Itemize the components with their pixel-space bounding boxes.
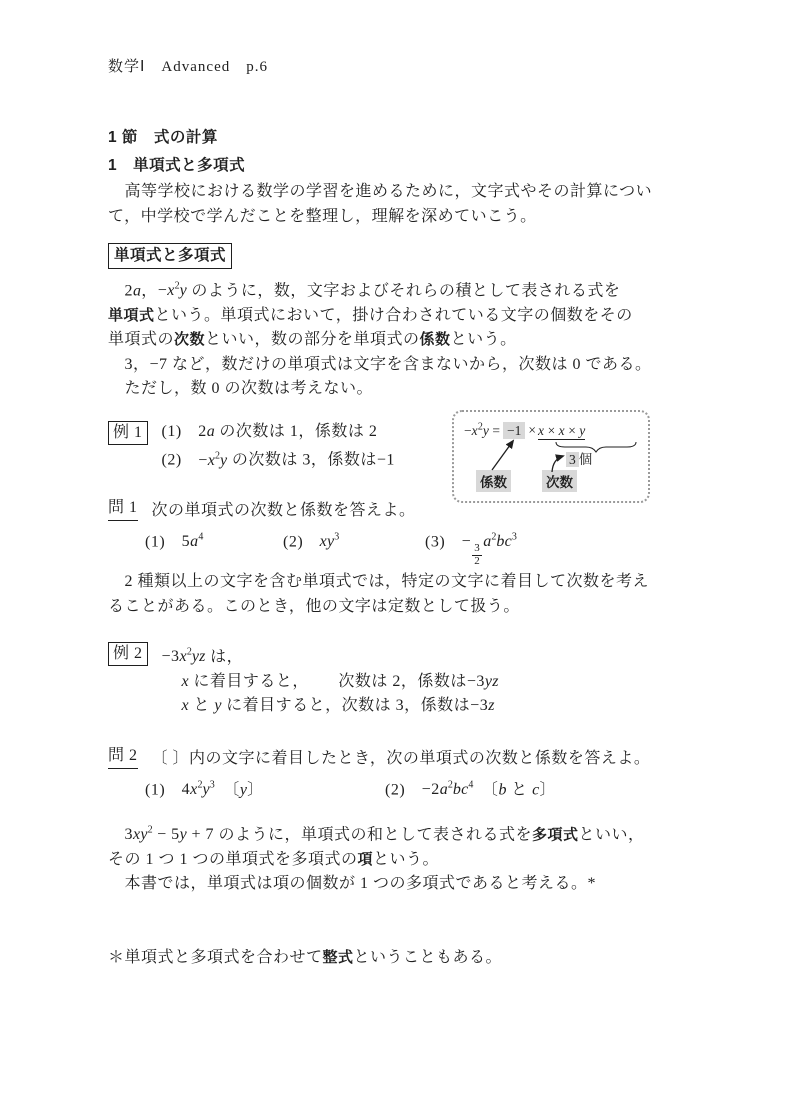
monomial-paragraph: 2a，−x2y のように，数，文字およびそれらの積として表される式を 単項式とい… [108,275,690,402]
multiply-sign: × [528,423,536,438]
example-1-body: (1) 2a の次数は 1，係数は 2 (2) −x2y の次数は 3，係数は−… [162,420,395,473]
paragraph-line: ることがある。このとき，他の文字は定数として扱う。 [108,595,690,620]
question-1-label: 問 1 [108,497,138,521]
paragraph-line: 2a，−x2y のように，数，文字およびそれらの積として表される式を [108,275,690,304]
question-2: 問 2 〔 〕内の文字に着目したとき，次の単項式の次数と係数を答えよ。 (1) … [108,745,690,802]
paragraph-line: その 1 つ 1 つの単項式を多項式の項という。 [108,848,690,873]
degree-count: 3個 [566,448,592,468]
question-1: 問 1 次の単項式の次数と係数を答えよ。 (1) 5a4 (2) xy3 (3)… [108,497,690,554]
footnote: ＊単項式と多項式を合わせて整式ということもある。 [108,946,690,971]
paragraph-line: 単項式という。単項式において，掛け合わされている文字の個数をその [108,304,690,329]
example-item: (1) 2a の次数は 1，係数は 2 [162,420,395,445]
coefficient-degree-diagram: −x2y =−1×x × x × y 3個 係数 次数 [452,410,650,503]
diagram-formula: −x2y =−1×x × x × y [464,421,585,439]
question-1-prompt: 次の単項式の次数と係数を答えよ。 [152,497,416,520]
question-item: (2) xy3 [283,524,339,556]
degree-count-unit: 個 [579,452,593,467]
subsection-heading: 1 単項式と多項式 [108,154,690,178]
coefficient-label: 係数 [476,470,511,492]
paragraph-line: 3，−7 など，数だけの単項式は文字を含まないから，次数は 0 である。 [108,353,690,378]
paragraph-line: 3xy2 − 5y + 7 のように，単項式の和として表される式を多項式といい， [108,819,690,848]
degree-count-value: 3 [566,452,579,467]
topic-box-title: 単項式と多項式 [108,243,232,269]
paragraph-line: ただし，数 0 の次数は考えない。 [108,377,690,402]
example-1-label: 例 1 [108,421,148,445]
degree-label: 次数 [542,470,577,492]
paragraph-line: 2 種類以上の文字を含む単項式では，特定の文字に着目して次数を考え [108,570,690,595]
example-2-label: 例 2 [108,642,148,666]
question-item: (1) 4x2y3 〔y〕 [145,772,264,804]
question-2-label: 問 2 [108,745,138,769]
question-2-items: (1) 4x2y3 〔y〕 (2) −2a2bc4 〔b と c〕 [108,772,690,802]
example-2-body: −3x2yz は， x に着目すると， 次数は 2，係数は−3yz x と y … [162,641,499,719]
formula-lhs: −x2y = [464,423,500,438]
textbook-page: 数学Ⅰ Advanced p.6 1 節 式の計算 1 単項式と多項式 高等学校… [0,0,790,1117]
question-item: (1) 5a4 [145,524,203,556]
example-line: −3x2yz は， [162,641,499,670]
product-factors: x × x × y [538,423,585,440]
paragraph-line: 単項式の次数といい，数の部分を単項式の係数という。 [108,328,690,353]
page-header: 数学Ⅰ Advanced p.6 [108,55,690,76]
topic-box-title-row: 単項式と多項式 [108,243,690,271]
question-2-head: 問 2 〔 〕内の文字に着目したとき，次の単項式の次数と係数を答えよ。 [108,745,690,769]
paragraph-line: 本書では，単項式は項の個数が 1 つの多項式であると考える。* [108,872,690,897]
example-item: (2) −x2y の次数は 3，係数は−1 [162,444,395,473]
question-1-items: (1) 5a4 (2) xy3 (3) −32a2bc3 [108,524,690,554]
intro-paragraph: 高等学校における数学の学習を進めるために，文字式やその計算につい て，中学校で学… [108,180,690,229]
coefficient-value: −1 [503,422,525,439]
section-heading: 1 節 式の計算 [108,126,690,150]
focus-variable-paragraph: 2 種類以上の文字を含む単項式では，特定の文字に着目して次数を考え ることがある… [108,570,690,619]
example-line: x と y に着目すると，次数は 3，係数は−3z [182,694,499,719]
paragraph-line: 高等学校における数学の学習を進めるために，文字式やその計算につい [108,180,690,205]
paragraph-line: て，中学校で学んだことを整理し，理解を深めていこう。 [108,205,690,230]
example-line: x に着目すると， 次数は 2，係数は−3yz [182,670,499,695]
question-2-prompt: 〔 〕内の文字に着目したとき，次の単項式の次数と係数を答えよ。 [152,745,651,768]
question-item: (2) −2a2bc4 〔b と c〕 [385,772,556,804]
example-2: 例 2 −3x2yz は， x に着目すると， 次数は 2，係数は−3yz x … [108,641,690,719]
question-item: (3) −32a2bc3 [425,524,517,567]
polynomial-paragraph: 3xy2 − 5y + 7 のように，単項式の和として表される式を多項式といい，… [108,819,690,897]
